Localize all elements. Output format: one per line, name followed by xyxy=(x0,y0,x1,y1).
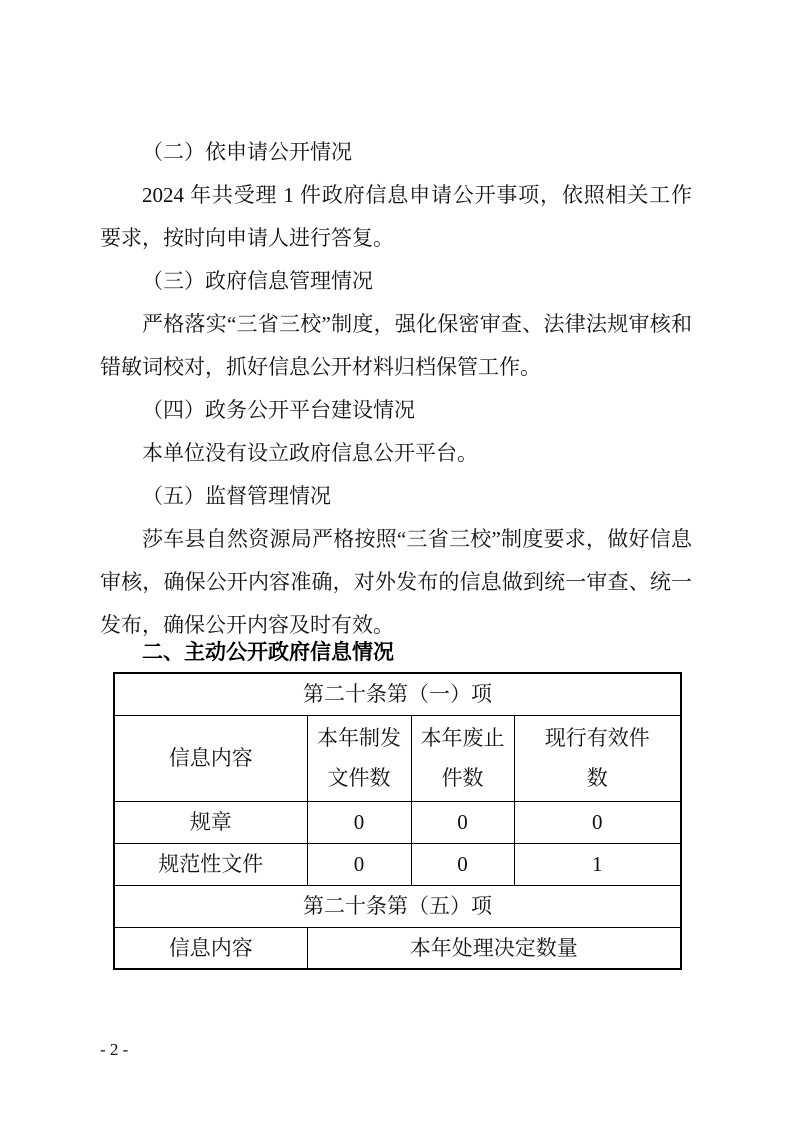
document-page: （二）依申请公开情况 2024 年共受理 1 件政府信息申请公开事项，依照相关工… xyxy=(0,0,793,1122)
table-row-regulations: 规章 0 0 0 xyxy=(114,801,681,843)
regulations-issued-count: 0 xyxy=(307,801,411,843)
table-header-info-content: 信息内容 xyxy=(114,715,307,801)
regulations-effective-count: 0 xyxy=(514,801,681,843)
normative-abolished-count: 0 xyxy=(411,843,514,885)
regulations-abolished-count: 0 xyxy=(411,801,514,843)
section-heading-request-disclosure: （二）依申请公开情况 xyxy=(100,131,692,174)
normative-effective-count: 1 xyxy=(514,843,681,885)
decisions-this-year-label: 本年处理决定数量 xyxy=(307,927,681,969)
page-number: - 2 - xyxy=(100,1040,128,1060)
section-heading-platform: （四）政务公开平台建设情况 xyxy=(100,389,692,432)
row-label-regulations: 规章 xyxy=(114,801,307,843)
section-heading-proactive-disclosure: 二、主动公开政府信息情况 xyxy=(100,637,692,669)
info-disclosure-table: 第二十条第（一）项 信息内容 本年制发 文件数 本年废止 件数 现行有效件 数 … xyxy=(113,672,682,970)
table-row-normative-documents: 规范性文件 0 0 1 xyxy=(114,843,681,885)
table-row-span-article20-item1: 第二十条第（一）项 xyxy=(114,673,681,715)
paragraph-supervision: 莎车县自然资源局严格按照“三省三校”制度要求，做好信息审核，确保公开内容准确，对… xyxy=(100,518,692,647)
table-span-article20-item1: 第二十条第（一）项 xyxy=(114,673,681,715)
paragraph-info-management: 严格落实“三省三校”制度，强化保密审查、法律法规审核和错敏词校对，抓好信息公开材… xyxy=(100,303,692,389)
table-row-decisions: 信息内容 本年处理决定数量 xyxy=(114,927,681,969)
document-body: （二）依申请公开情况 2024 年共受理 1 件政府信息申请公开事项，依照相关工… xyxy=(100,131,692,970)
paragraph-platform: 本单位没有设立政府信息公开平台。 xyxy=(100,432,692,475)
section-heading-info-management: （三）政府信息管理情况 xyxy=(100,260,692,303)
paragraph-request-disclosure: 2024 年共受理 1 件政府信息申请公开事项，依照相关工作要求，按时向申请人进… xyxy=(100,174,692,260)
section-heading-supervision: （五）监督管理情况 xyxy=(100,475,692,518)
row-label-info-content: 信息内容 xyxy=(114,927,307,969)
table-header-abolished-this-year: 本年废止 件数 xyxy=(411,715,514,801)
normative-issued-count: 0 xyxy=(307,843,411,885)
row-label-normative-documents: 规范性文件 xyxy=(114,843,307,885)
table-header-issued-this-year: 本年制发 文件数 xyxy=(307,715,411,801)
table-header-row: 信息内容 本年制发 文件数 本年废止 件数 现行有效件 数 xyxy=(114,715,681,801)
table-row-span-article20-item5: 第二十条第（五）项 xyxy=(114,885,681,927)
table-span-article20-item5: 第二十条第（五）项 xyxy=(114,885,681,927)
table-header-currently-effective: 现行有效件 数 xyxy=(514,715,681,801)
